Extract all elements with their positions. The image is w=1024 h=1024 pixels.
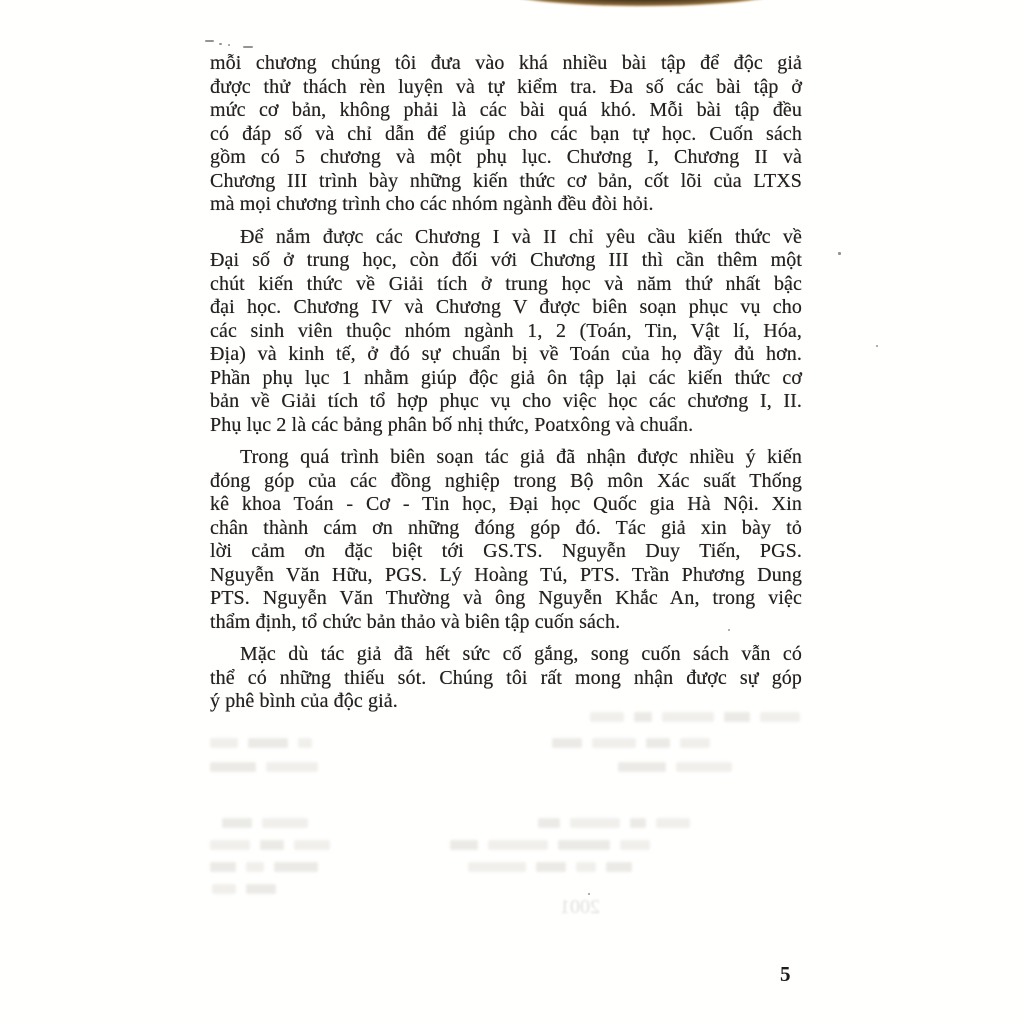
text-line: Đại số ở trung học, còn đối với Chương I… [210, 249, 802, 273]
scan-speck [228, 44, 230, 46]
text-line: thể có những thiếu sót. Chúng tôi rất mo… [210, 667, 802, 691]
bleed-through-line [210, 738, 810, 750]
bleed-through-line [210, 762, 810, 774]
text-line: bản về Giải tích tổ hợp phục vụ cho việc… [210, 390, 802, 414]
text-line: Nguyễn Văn Hữu, PGS. Lý Hoàng Tú, PTS. T… [210, 564, 802, 588]
paragraph: Mặc dù tác giả đã hết sức cố gắng, song … [210, 643, 802, 714]
text-line: có đáp số và chỉ dẫn để giúp cho các bạn… [210, 123, 802, 147]
bleed-through-line [210, 862, 810, 874]
text-line: Để nắm được các Chương I và II chỉ yêu c… [210, 226, 802, 250]
scanned-book-page: mỗi chương chúng tôi đưa vào khá nhiều b… [0, 0, 1024, 1024]
text-line: Mặc dù tác giả đã hết sức cố gắng, song … [210, 643, 802, 667]
text-line: chân thành cám ơn những đóng góp đó. Tác… [210, 517, 802, 541]
scan-speck [219, 43, 222, 45]
scan-speck [876, 345, 878, 347]
scan-speck [838, 252, 841, 255]
text-line: ý phê bình của độc giả. [210, 690, 802, 714]
text-line: đại học. Chương IV và Chương V được biên… [210, 296, 802, 320]
bleed-through-line [210, 840, 810, 852]
text-line: Trong quá trình biên soạn tác giả đã nhậ… [210, 446, 802, 470]
bleed-through-line [222, 818, 810, 830]
book-edge-shadow [492, 0, 792, 6]
text-line: mà mọi chương trình cho các nhóm ngành đ… [210, 193, 802, 217]
text-line: Chương III trình bày những kiến thức cơ … [210, 170, 802, 194]
bleed-through-line [212, 884, 412, 896]
text-line: Địa) và kinh tế, ở đó sự chuẩn bị về Toá… [210, 343, 802, 367]
text-line: mỗi chương chúng tôi đưa vào khá nhiều b… [210, 52, 802, 76]
page-number: 5 [780, 962, 791, 987]
text-line: kê khoa Toán - Cơ - Tin học, Đại học Quố… [210, 493, 802, 517]
scan-speck [205, 40, 214, 42]
text-line: mức cơ bản, không phải là các bài quá kh… [210, 99, 802, 123]
text-block: mỗi chương chúng tôi đưa vào khá nhiều b… [210, 52, 802, 714]
bleed-through-year: 2001 [560, 896, 600, 919]
paragraph: Trong quá trình biên soạn tác giả đã nhậ… [210, 446, 802, 634]
text-line: thẩm định, tổ chức bản thảo và biên tập … [210, 611, 802, 635]
text-line: được thử thách rèn luyện và tự kiểm tra.… [210, 76, 802, 100]
text-line: chút kiến thức về Giải tích ở trung học … [210, 273, 802, 297]
scan-speck [243, 46, 253, 48]
text-line: Phụ lục 2 là các bảng phân bố nhị thức, … [210, 414, 802, 438]
text-line: đóng góp của các đồng nghiệp trong Bộ mô… [210, 470, 802, 494]
bleed-through-line [250, 712, 810, 724]
paragraph: mỗi chương chúng tôi đưa vào khá nhiều b… [210, 52, 802, 217]
text-line: lời cảm ơn đặc biệt tới GS.TS. Nguyễn Du… [210, 540, 802, 564]
paragraph: Để nắm được các Chương I và II chỉ yêu c… [210, 226, 802, 438]
scan-speck [588, 893, 590, 895]
text-line: PTS. Nguyễn Văn Thường và ông Nguyễn Khắ… [210, 587, 802, 611]
text-line: gồm có 5 chương và một phụ lục. Chương I… [210, 146, 802, 170]
text-line: các sinh viên thuộc nhóm ngành 1, 2 (Toá… [210, 320, 802, 344]
text-line: Phần phụ lục 1 nhằm giúp độc giả ôn tập … [210, 367, 802, 391]
